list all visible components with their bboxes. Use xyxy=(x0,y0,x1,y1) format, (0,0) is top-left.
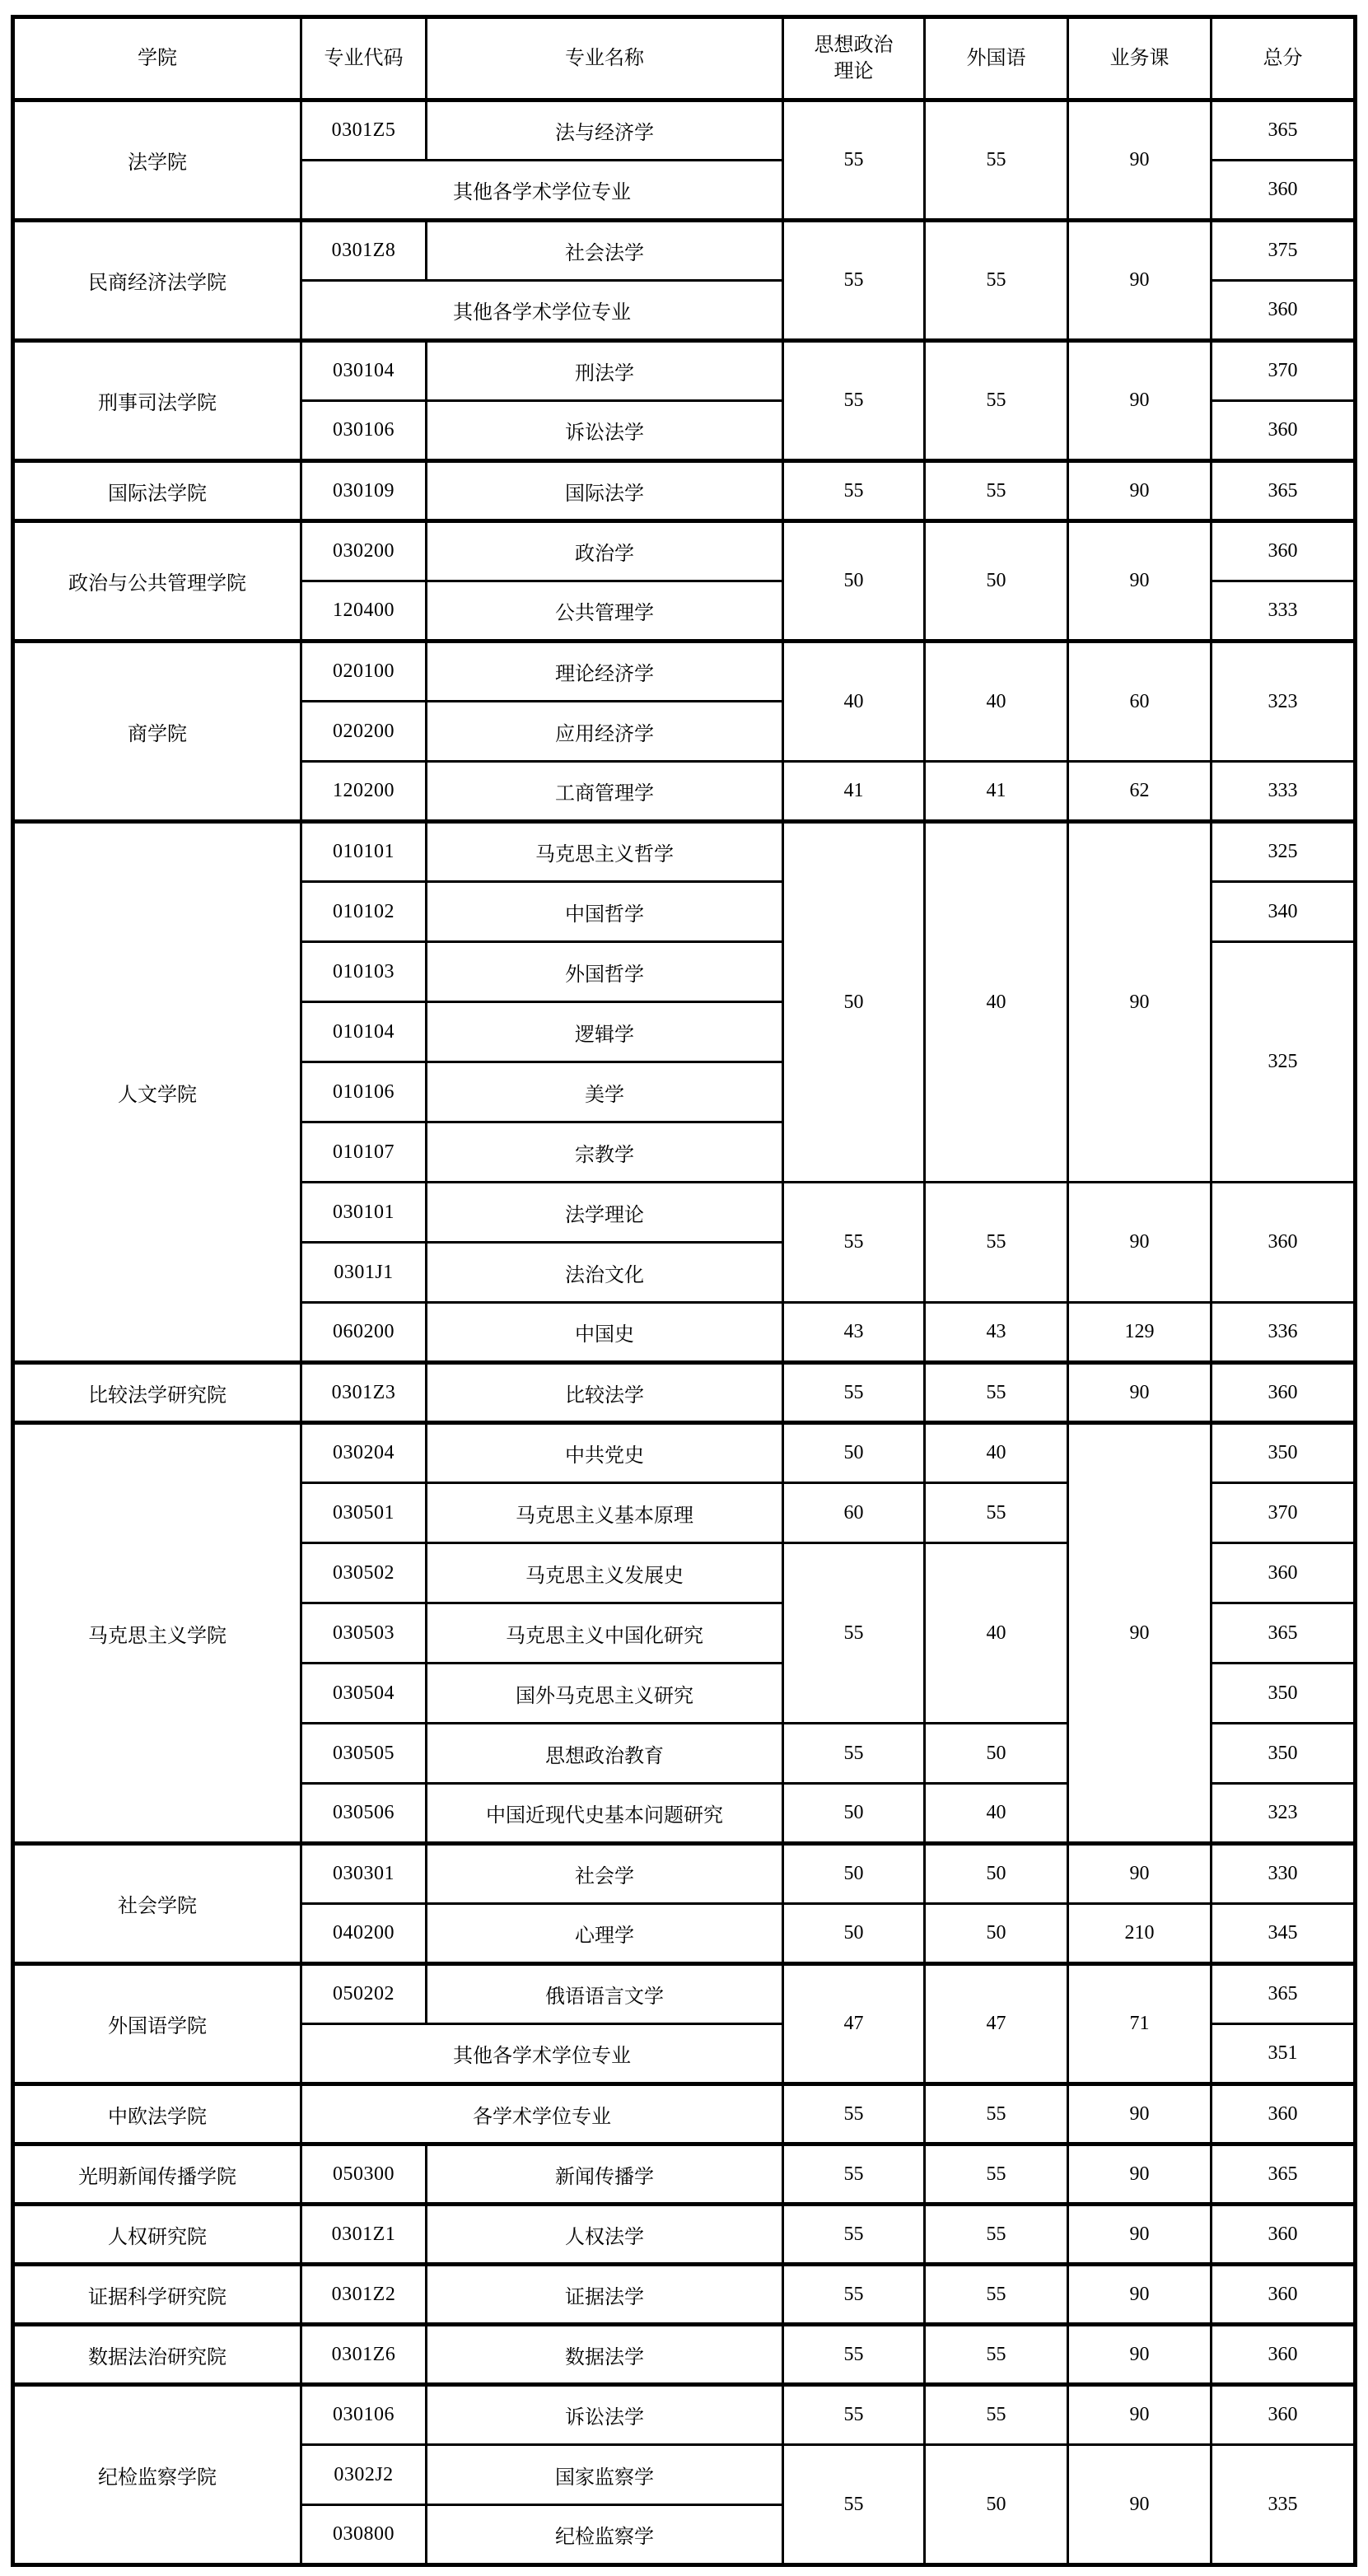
lang-cell: 43 xyxy=(925,1303,1068,1363)
biz-cell: 90 xyxy=(1068,221,1212,341)
total-cell: 333 xyxy=(1212,581,1356,642)
code-cell: 0302J2 xyxy=(301,2445,427,2505)
total-cell: 360 xyxy=(1212,281,1356,341)
pol-cell: 55 xyxy=(783,2205,925,2265)
lang-cell: 50 xyxy=(925,521,1068,642)
code-cell: 050202 xyxy=(301,1964,427,2024)
code-cell: 030502 xyxy=(301,1543,427,1603)
pol-cell: 55 xyxy=(783,1543,925,1724)
pol-cell: 55 xyxy=(783,2144,925,2205)
code-cell: 040200 xyxy=(301,1904,427,1964)
biz-cell: 90 xyxy=(1068,521,1212,642)
code-cell: 060200 xyxy=(301,1303,427,1363)
college-cell: 人文学院 xyxy=(13,822,301,1363)
code-cell: 010104 xyxy=(301,1002,427,1062)
code-cell: 030106 xyxy=(301,401,427,461)
table-row: 法学院0301Z5法与经济学555590365 xyxy=(13,100,1356,161)
biz-cell: 90 xyxy=(1068,461,1212,521)
table-body: 法学院0301Z5法与经济学555590365其他各学术学位专业360民商经济法… xyxy=(13,100,1356,2565)
pol-cell: 55 xyxy=(783,2325,925,2385)
major-cell: 诉讼法学 xyxy=(427,401,783,461)
pol-cell: 50 xyxy=(783,822,925,1183)
major-cell: 中国史 xyxy=(427,1303,783,1363)
code-cell: 120200 xyxy=(301,762,427,822)
major-cell: 比较法学 xyxy=(427,1363,783,1423)
code-cell: 010106 xyxy=(301,1062,427,1122)
total-cell: 350 xyxy=(1212,1724,1356,1784)
college-cell: 社会学院 xyxy=(13,1844,301,1964)
lang-cell: 55 xyxy=(925,221,1068,341)
biz-cell: 129 xyxy=(1068,1303,1212,1363)
major-cell: 马克思主义中国化研究 xyxy=(427,1603,783,1664)
major-cell: 中共党史 xyxy=(427,1423,783,1483)
college-cell: 数据法治研究院 xyxy=(13,2325,301,2385)
total-cell: 370 xyxy=(1212,1483,1356,1543)
biz-cell: 90 xyxy=(1068,2084,1212,2144)
major-cell: 新闻传播学 xyxy=(427,2144,783,2205)
table-row: 国际法学院030109国际法学555590365 xyxy=(13,461,1356,521)
code-cell: 030501 xyxy=(301,1483,427,1543)
college-cell: 纪检监察学院 xyxy=(13,2385,301,2565)
lang-cell: 55 xyxy=(925,2325,1068,2385)
major-cell: 其他各学术学位专业 xyxy=(301,281,783,341)
table-row: 纪检监察学院030106诉讼法学555590360 xyxy=(13,2385,1356,2445)
total-cell: 360 xyxy=(1212,1183,1356,1303)
total-cell: 323 xyxy=(1212,1784,1356,1844)
total-cell: 365 xyxy=(1212,461,1356,521)
total-cell: 336 xyxy=(1212,1303,1356,1363)
pol-cell: 55 xyxy=(783,2265,925,2325)
major-cell: 马克思主义基本原理 xyxy=(427,1483,783,1543)
total-cell: 325 xyxy=(1212,942,1356,1183)
table-row: 人文学院010101马克思主义哲学504090325 xyxy=(13,822,1356,882)
biz-cell: 90 xyxy=(1068,341,1212,461)
code-cell: 030301 xyxy=(301,1844,427,1904)
code-cell: 120400 xyxy=(301,581,427,642)
major-cell: 社会法学 xyxy=(427,221,783,281)
biz-cell: 90 xyxy=(1068,2265,1212,2325)
total-cell: 360 xyxy=(1212,2205,1356,2265)
biz-cell: 90 xyxy=(1068,822,1212,1183)
biz-cell: 90 xyxy=(1068,2144,1212,2205)
major-cell: 其他各学术学位专业 xyxy=(301,2024,783,2084)
major-cell: 国家监察学 xyxy=(427,2445,783,2505)
total-cell: 360 xyxy=(1212,2084,1356,2144)
table-row: 社会学院030301社会学505090330 xyxy=(13,1844,1356,1904)
college-cell: 马克思主义学院 xyxy=(13,1423,301,1844)
biz-cell: 90 xyxy=(1068,100,1212,221)
lang-cell: 50 xyxy=(925,1904,1068,1964)
pol-cell: 55 xyxy=(783,341,925,461)
header-total-score: 总分 xyxy=(1212,17,1356,100)
pol-cell: 41 xyxy=(783,762,925,822)
pol-cell: 50 xyxy=(783,1904,925,1964)
total-cell: 325 xyxy=(1212,822,1356,882)
total-cell: 365 xyxy=(1212,100,1356,161)
code-cell: 0301Z8 xyxy=(301,221,427,281)
header-major-name: 专业名称 xyxy=(427,17,783,100)
college-cell: 政治与公共管理学院 xyxy=(13,521,301,642)
major-cell: 外国哲学 xyxy=(427,942,783,1002)
lang-cell: 55 xyxy=(925,2385,1068,2445)
pol-cell: 50 xyxy=(783,1844,925,1904)
major-cell: 各学术学位专业 xyxy=(301,2084,783,2144)
total-cell: 333 xyxy=(1212,762,1356,822)
lang-cell: 41 xyxy=(925,762,1068,822)
biz-cell: 90 xyxy=(1068,2445,1212,2565)
major-cell: 其他各学术学位专业 xyxy=(301,161,783,221)
table-row: 外国语学院050202俄语语言文学474771365 xyxy=(13,1964,1356,2024)
lang-cell: 55 xyxy=(925,2205,1068,2265)
total-cell: 360 xyxy=(1212,2325,1356,2385)
college-cell: 刑事司法学院 xyxy=(13,341,301,461)
lang-cell: 40 xyxy=(925,1543,1068,1724)
pol-cell: 50 xyxy=(783,1784,925,1844)
major-cell: 证据法学 xyxy=(427,2265,783,2325)
admission-score-table: 学院 专业代码 专业名称 思想政治 理论 外国语 业务课 总分 法学院0301Z… xyxy=(11,15,1357,2567)
biz-cell: 90 xyxy=(1068,1183,1212,1303)
total-cell: 340 xyxy=(1212,882,1356,942)
pol-cell: 55 xyxy=(783,100,925,221)
pol-cell: 50 xyxy=(783,521,925,642)
major-cell: 心理学 xyxy=(427,1904,783,1964)
table-row: 人权研究院0301Z1人权法学555590360 xyxy=(13,2205,1356,2265)
major-cell: 刑法学 xyxy=(427,341,783,401)
code-cell: 010101 xyxy=(301,822,427,882)
code-cell: 030503 xyxy=(301,1603,427,1664)
table-row: 数据法治研究院0301Z6数据法学555590360 xyxy=(13,2325,1356,2385)
major-cell: 马克思主义哲学 xyxy=(427,822,783,882)
pol-cell: 55 xyxy=(783,1363,925,1423)
lang-cell: 40 xyxy=(925,822,1068,1183)
lang-cell: 55 xyxy=(925,2144,1068,2205)
major-cell: 应用经济学 xyxy=(427,702,783,762)
table-row: 刑事司法学院030104刑法学555590370 xyxy=(13,341,1356,401)
major-cell: 俄语语言文学 xyxy=(427,1964,783,2024)
pol-cell: 40 xyxy=(783,642,925,762)
college-cell: 证据科学研究院 xyxy=(13,2265,301,2325)
total-cell: 360 xyxy=(1212,1363,1356,1423)
header-foreign-language: 外国语 xyxy=(925,17,1068,100)
major-cell: 宗教学 xyxy=(427,1122,783,1183)
college-cell: 中欧法学院 xyxy=(13,2084,301,2144)
code-cell: 0301Z1 xyxy=(301,2205,427,2265)
total-cell: 330 xyxy=(1212,1844,1356,1904)
total-cell: 370 xyxy=(1212,341,1356,401)
code-cell: 030106 xyxy=(301,2385,427,2445)
total-cell: 351 xyxy=(1212,2024,1356,2084)
lang-cell: 55 xyxy=(925,461,1068,521)
total-cell: 365 xyxy=(1212,1964,1356,2024)
pol-cell: 55 xyxy=(783,1724,925,1784)
biz-cell: 90 xyxy=(1068,1423,1212,1844)
pol-cell: 55 xyxy=(783,2385,925,2445)
pol-cell: 55 xyxy=(783,221,925,341)
major-cell: 逻辑学 xyxy=(427,1002,783,1062)
lang-cell: 55 xyxy=(925,2084,1068,2144)
table-row: 中欧法学院各学术学位专业555590360 xyxy=(13,2084,1356,2144)
lang-cell: 40 xyxy=(925,1784,1068,1844)
total-cell: 350 xyxy=(1212,1664,1356,1724)
header-row: 学院 专业代码 专业名称 思想政治 理论 外国语 业务课 总分 xyxy=(13,17,1356,100)
major-cell: 美学 xyxy=(427,1062,783,1122)
pol-cell: 55 xyxy=(783,461,925,521)
code-cell: 0301J1 xyxy=(301,1243,427,1303)
major-cell: 马克思主义发展史 xyxy=(427,1543,783,1603)
lang-cell: 40 xyxy=(925,642,1068,762)
code-cell: 0301Z3 xyxy=(301,1363,427,1423)
table-row: 商学院020100理论经济学404060323 xyxy=(13,642,1356,702)
header-college: 学院 xyxy=(13,17,301,100)
code-cell: 030104 xyxy=(301,341,427,401)
code-cell: 050300 xyxy=(301,2144,427,2205)
total-cell: 375 xyxy=(1212,221,1356,281)
college-cell: 民商经济法学院 xyxy=(13,221,301,341)
lang-cell: 55 xyxy=(925,1483,1068,1543)
biz-cell: 90 xyxy=(1068,2325,1212,2385)
total-cell: 360 xyxy=(1212,161,1356,221)
total-cell: 323 xyxy=(1212,642,1356,762)
header-business-course: 业务课 xyxy=(1068,17,1212,100)
table-row: 证据科学研究院0301Z2证据法学555590360 xyxy=(13,2265,1356,2325)
total-cell: 360 xyxy=(1212,2385,1356,2445)
code-cell: 010103 xyxy=(301,942,427,1002)
table-header: 学院 专业代码 专业名称 思想政治 理论 外国语 业务课 总分 xyxy=(13,17,1356,100)
major-cell: 公共管理学 xyxy=(427,581,783,642)
code-cell: 030109 xyxy=(301,461,427,521)
lang-cell: 55 xyxy=(925,2265,1068,2325)
code-cell: 030504 xyxy=(301,1664,427,1724)
code-cell: 020100 xyxy=(301,642,427,702)
major-cell: 国际法学 xyxy=(427,461,783,521)
pol-cell: 43 xyxy=(783,1303,925,1363)
table-row: 政治与公共管理学院030200政治学505090360 xyxy=(13,521,1356,581)
table-row: 民商经济法学院0301Z8社会法学555590375 xyxy=(13,221,1356,281)
college-cell: 光明新闻传播学院 xyxy=(13,2144,301,2205)
pol-cell: 55 xyxy=(783,2084,925,2144)
code-cell: 030200 xyxy=(301,521,427,581)
code-cell: 020200 xyxy=(301,702,427,762)
lang-cell: 55 xyxy=(925,100,1068,221)
table-row: 比较法学研究院0301Z3比较法学555590360 xyxy=(13,1363,1356,1423)
code-cell: 0301Z2 xyxy=(301,2265,427,2325)
college-cell: 比较法学研究院 xyxy=(13,1363,301,1423)
pol-cell: 50 xyxy=(783,1423,925,1483)
major-cell: 中国哲学 xyxy=(427,882,783,942)
pol-cell: 47 xyxy=(783,1964,925,2084)
code-cell: 010107 xyxy=(301,1122,427,1183)
pol-cell: 60 xyxy=(783,1483,925,1543)
biz-cell: 62 xyxy=(1068,762,1212,822)
major-cell: 诉讼法学 xyxy=(427,2385,783,2445)
table-row: 光明新闻传播学院050300新闻传播学555590365 xyxy=(13,2144,1356,2205)
lang-cell: 50 xyxy=(925,1724,1068,1784)
total-cell: 365 xyxy=(1212,1603,1356,1664)
major-cell: 工商管理学 xyxy=(427,762,783,822)
total-cell: 345 xyxy=(1212,1904,1356,1964)
college-cell: 商学院 xyxy=(13,642,301,822)
college-cell: 国际法学院 xyxy=(13,461,301,521)
total-cell: 360 xyxy=(1212,2265,1356,2325)
header-political-theory: 思想政治 理论 xyxy=(783,17,925,100)
biz-cell: 90 xyxy=(1068,2385,1212,2445)
code-cell: 0301Z5 xyxy=(301,100,427,161)
code-cell: 030101 xyxy=(301,1183,427,1243)
major-cell: 中国近现代史基本问题研究 xyxy=(427,1784,783,1844)
major-cell: 纪检监察学 xyxy=(427,2505,783,2565)
biz-cell: 90 xyxy=(1068,1844,1212,1904)
total-cell: 360 xyxy=(1212,401,1356,461)
pol-cell: 55 xyxy=(783,1183,925,1303)
code-cell: 010102 xyxy=(301,882,427,942)
total-cell: 335 xyxy=(1212,2445,1356,2565)
lang-cell: 55 xyxy=(925,1183,1068,1303)
major-cell: 人权法学 xyxy=(427,2205,783,2265)
total-cell: 360 xyxy=(1212,1543,1356,1603)
college-cell: 人权研究院 xyxy=(13,2205,301,2265)
major-cell: 国外马克思主义研究 xyxy=(427,1664,783,1724)
biz-cell: 60 xyxy=(1068,642,1212,762)
table-row: 马克思主义学院030204中共党史504090350 xyxy=(13,1423,1356,1483)
lang-cell: 55 xyxy=(925,341,1068,461)
college-cell: 法学院 xyxy=(13,100,301,221)
major-cell: 理论经济学 xyxy=(427,642,783,702)
major-cell: 法治文化 xyxy=(427,1243,783,1303)
code-cell: 030204 xyxy=(301,1423,427,1483)
header-major-code: 专业代码 xyxy=(301,17,427,100)
biz-cell: 71 xyxy=(1068,1964,1212,2084)
code-cell: 030506 xyxy=(301,1784,427,1844)
major-cell: 政治学 xyxy=(427,521,783,581)
college-cell: 外国语学院 xyxy=(13,1964,301,2084)
code-cell: 0301Z6 xyxy=(301,2325,427,2385)
major-cell: 思想政治教育 xyxy=(427,1724,783,1784)
lang-cell: 50 xyxy=(925,1844,1068,1904)
major-cell: 社会学 xyxy=(427,1844,783,1904)
pol-cell: 55 xyxy=(783,2445,925,2565)
lang-cell: 55 xyxy=(925,1363,1068,1423)
lang-cell: 50 xyxy=(925,2445,1068,2565)
biz-cell: 210 xyxy=(1068,1904,1212,1964)
biz-cell: 90 xyxy=(1068,1363,1212,1423)
total-cell: 360 xyxy=(1212,521,1356,581)
code-cell: 030505 xyxy=(301,1724,427,1784)
lang-cell: 40 xyxy=(925,1423,1068,1483)
total-cell: 350 xyxy=(1212,1423,1356,1483)
major-cell: 法与经济学 xyxy=(427,100,783,161)
biz-cell: 90 xyxy=(1068,2205,1212,2265)
total-cell: 365 xyxy=(1212,2144,1356,2205)
major-cell: 法学理论 xyxy=(427,1183,783,1243)
code-cell: 030800 xyxy=(301,2505,427,2565)
lang-cell: 47 xyxy=(925,1964,1068,2084)
major-cell: 数据法学 xyxy=(427,2325,783,2385)
